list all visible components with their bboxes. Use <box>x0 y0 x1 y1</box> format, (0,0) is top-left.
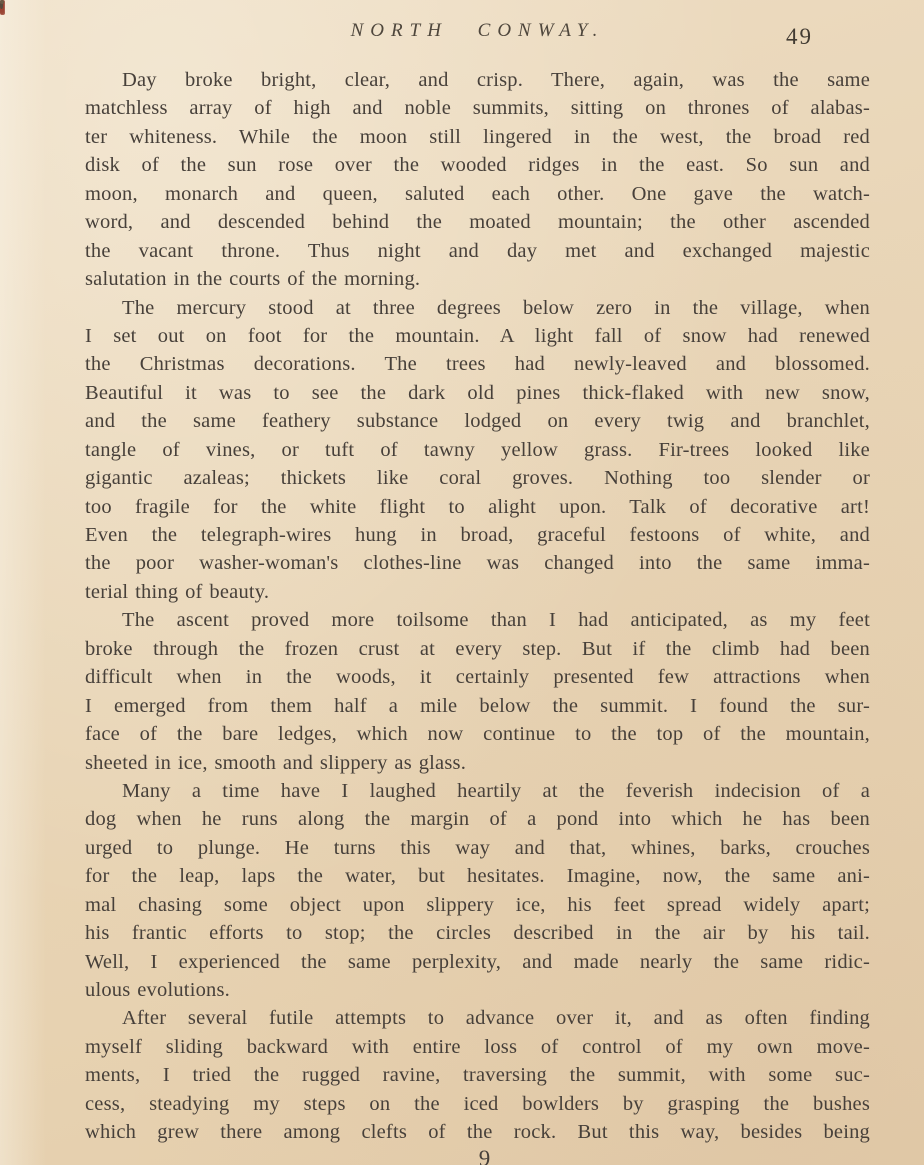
paragraph: After several futile attempts to advance… <box>85 1004 870 1146</box>
text-line: ments, I tried the rugged ravine, traver… <box>85 1061 870 1089</box>
signature-mark: 9 <box>85 1146 870 1165</box>
text-line: The mercury stood at three degrees below… <box>85 294 870 322</box>
text-line: ter whiteness. While the moon still ling… <box>85 123 870 151</box>
text-line: word, and descended behind the moated mo… <box>85 208 870 236</box>
text-line: urged to plunge. He turns this way and t… <box>85 834 870 862</box>
text-line: matchless array of high and noble summit… <box>85 94 870 122</box>
text-line: difficult when in the woods, it certainl… <box>85 663 870 691</box>
text-line: the vacant throne. Thus night and day me… <box>85 237 870 265</box>
text-line: terial thing of beauty. <box>85 578 870 606</box>
text-line: too fragile for the white flight to alig… <box>85 493 870 521</box>
paragraph: Many a time have I laughed heartily at t… <box>85 777 870 1005</box>
book-page-scan: NORTH CONWAY. 49 Day broke bright, clear… <box>0 0 924 1165</box>
ink-speck <box>0 0 3 9</box>
paragraph: Day broke bright, clear, and crisp. Ther… <box>85 66 870 294</box>
text-line: gigantic azaleas; thickets like coral gr… <box>85 464 870 492</box>
text-line: which grew there among clefts of the roc… <box>85 1118 870 1146</box>
text-line: myself sliding backward with entire loss… <box>85 1033 870 1061</box>
running-title: NORTH CONWAY. <box>85 20 870 42</box>
text-line: for the leap, laps the water, but hesita… <box>85 862 870 890</box>
text-line: his frantic efforts to stop; the circles… <box>85 919 870 947</box>
text-line: The ascent proved more toilsome than I h… <box>85 606 870 634</box>
text-line: dog when he runs along the margin of a p… <box>85 805 870 833</box>
text-line: broke through the frozen crust at every … <box>85 635 870 663</box>
text-line: moon, monarch and queen, saluted each ot… <box>85 180 870 208</box>
scan-edge-mark <box>0 0 4 14</box>
scan-edge-mark <box>0 0 4 12</box>
text-line: and the same feathery substance lodged o… <box>85 407 870 435</box>
text-line: Beautiful it was to see the dark old pin… <box>85 379 870 407</box>
text-line: sheeted in ice, smooth and slippery as g… <box>85 749 870 777</box>
text-line: face of the bare ledges, which now conti… <box>85 720 870 748</box>
text-line: disk of the sun rose over the wooded rid… <box>85 151 870 179</box>
text-line: Day broke bright, clear, and crisp. Ther… <box>85 66 870 94</box>
text-line: Even the telegraph-wires hung in broad, … <box>85 521 870 549</box>
text-line: tangle of vines, or tuft of tawny yellow… <box>85 436 870 464</box>
scan-edge-mark <box>0 0 5 15</box>
text-line: ulous evolutions. <box>85 976 870 1004</box>
text-line: cess, steadying my steps on the iced bow… <box>85 1090 870 1118</box>
paragraph: The ascent proved more toilsome than I h… <box>85 606 870 777</box>
text-line: Well, I experienced the same perplexity,… <box>85 948 870 976</box>
ink-speck <box>0 0 3 3</box>
text-line: I set out on foot for the mountain. A li… <box>85 322 870 350</box>
text-line: Many a time have I laughed heartily at t… <box>85 777 870 805</box>
text-line: the poor washer-woman's clothes-line was… <box>85 549 870 577</box>
text-line: mal chasing some object upon slippery ic… <box>85 891 870 919</box>
text-line: the Christmas decorations. The trees had… <box>85 350 870 378</box>
page-text: Day broke bright, clear, and crisp. Ther… <box>85 66 870 1147</box>
page-number: 49 <box>786 24 813 50</box>
text-line: salutation in the courts of the morning. <box>85 265 870 293</box>
paragraph: The mercury stood at three degrees below… <box>85 294 870 607</box>
ink-speck <box>0 0 4 4</box>
text-line: I emerged from them half a mile below th… <box>85 692 870 720</box>
text-line: After several futile attempts to advance… <box>85 1004 870 1032</box>
